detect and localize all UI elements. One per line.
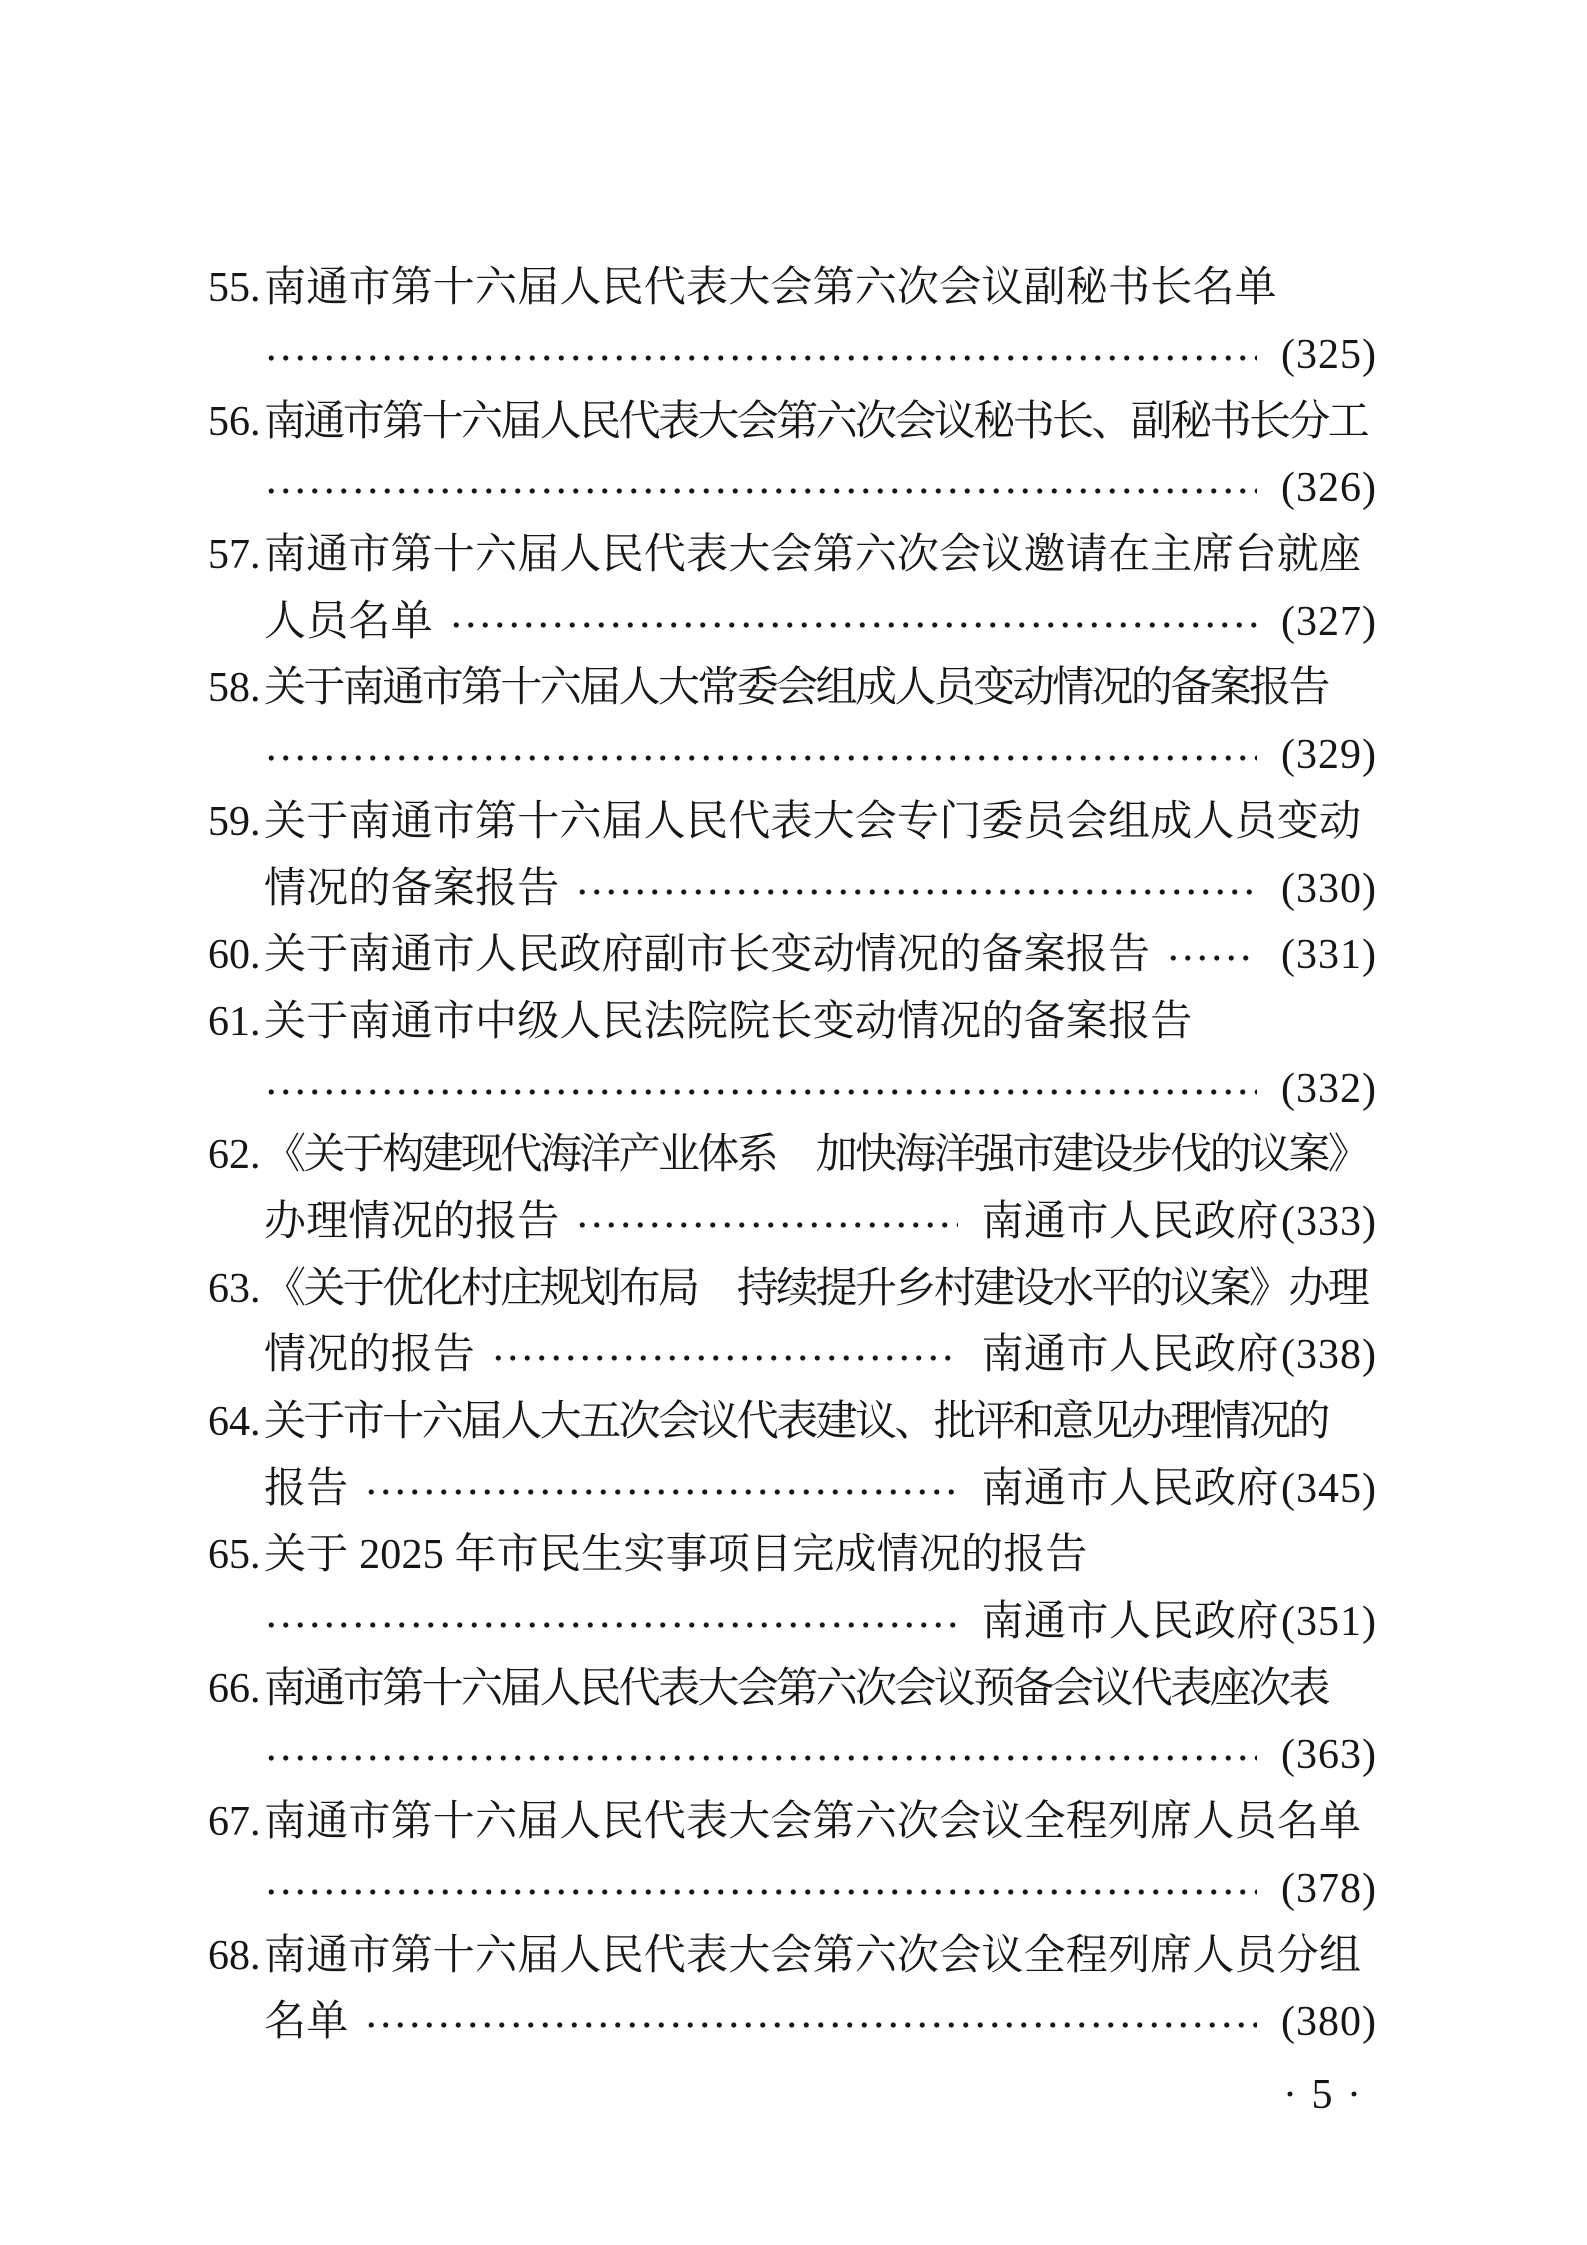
entry-page-number: (325) xyxy=(1281,334,1377,376)
entry-page-number: (378) xyxy=(1281,1868,1377,1910)
entry-title: 南通市第十六届人民代表大会第六次会议秘书长、副秘书长分工 xyxy=(264,401,1367,443)
entry-title: 人员名单 xyxy=(264,601,433,643)
toc-list: 55. 南通市第十六届人民代表大会第六次会议副秘书长名单 (325) 56. 南… xyxy=(208,255,1377,2056)
entry-number: 66. xyxy=(208,1668,264,1710)
toc-row: (325) xyxy=(208,322,1377,389)
entry-title: 南通市第十六届人民代表大会第六次会议副秘书长名单 xyxy=(264,267,1277,309)
toc-row: 68. 南通市第十六届人民代表大会第六次会议全程列席人员分组 xyxy=(208,1922,1377,1989)
entry-title: 南通市第十六届人民代表大会第六次会议邀请在主席台就座 xyxy=(264,534,1361,576)
entry-title: 情况的报告 xyxy=(264,1334,475,1376)
toc-row: 67. 南通市第十六届人民代表大会第六次会议全程列席人员名单 xyxy=(208,1789,1377,1856)
entry-title: 《关于优化村庄规划布局 持续提升乡村建设水平的议案》办理 xyxy=(264,1268,1367,1310)
dot-leader xyxy=(264,1620,958,1630)
entry-number: 65. xyxy=(208,1534,264,1576)
entry-number: 61. xyxy=(208,1001,264,1043)
entry-page-number: (327) xyxy=(1281,601,1377,643)
entry-title: 关于南通市中级人民法院院长变动情况的备案报告 xyxy=(264,1001,1192,1043)
dot-leader xyxy=(264,486,1257,496)
toc-row: 66. 南通市第十六届人民代表大会第六次会议预备会议代表座次表 xyxy=(208,1655,1377,1722)
toc-row: 报告 南通市人民政府 (345) xyxy=(208,1455,1377,1522)
toc-row: 人员名单 (327) xyxy=(208,588,1377,655)
entry-number: 60. xyxy=(208,934,264,976)
dot-leader xyxy=(264,1753,1257,1763)
entry-title: 报告 xyxy=(264,1468,348,1510)
page-number-label: · 5 · xyxy=(1283,2071,1363,2119)
toc-row: (332) xyxy=(208,1055,1377,1122)
dot-leader xyxy=(364,1487,957,1497)
dot-leader xyxy=(364,2020,1257,2030)
entry-page-number: (351) xyxy=(1281,1601,1377,1643)
entry-title: 南通市第十六届人民代表大会第六次会议全程列席人员名单 xyxy=(264,1801,1361,1843)
entry-organization: 南通市人民政府 xyxy=(982,1334,1280,1376)
entry-title: 南通市第十六届人民代表大会第六次会议预备会议代表座次表 xyxy=(264,1668,1328,1710)
entry-number: 62. xyxy=(208,1134,264,1176)
toc-row: 59. 关于南通市第十六届人民代表大会专门委员会组成人员变动 xyxy=(208,789,1377,856)
entry-page-number: (332) xyxy=(1281,1068,1377,1110)
entry-page-number: (380) xyxy=(1281,2001,1377,2043)
dot-leader xyxy=(449,620,1257,630)
entry-number: 57. xyxy=(208,534,264,576)
toc-row: 58. 关于南通市第十六届人大常委会组成人员变动情况的备案报告 xyxy=(208,655,1377,722)
entry-title: 关于 2025 年市民生实事项目完成情况的报告 xyxy=(264,1534,1088,1576)
entry-title: 办理情况的报告 xyxy=(264,1201,559,1243)
dot-leader xyxy=(264,1087,1257,1097)
entry-page-number: (326) xyxy=(1281,467,1377,509)
dot-leader xyxy=(1166,953,1257,963)
entry-number: 67. xyxy=(208,1801,264,1843)
entry-title: 关于南通市人民政府副市长变动情况的备案报告 xyxy=(264,934,1150,976)
document-page: 55. 南通市第十六届人民代表大会第六次会议副秘书长名单 (325) 56. 南… xyxy=(0,0,1587,2245)
toc-row: 61. 关于南通市中级人民法院院长变动情况的备案报告 xyxy=(208,989,1377,1056)
dot-leader xyxy=(575,1220,957,1230)
toc-row: 62. 《关于构建现代海洋产业体系 加快海洋强市建设步伐的议案》 xyxy=(208,1122,1377,1189)
dot-leader xyxy=(264,753,1257,763)
entry-title: 《关于构建现代海洋产业体系 加快海洋强市建设步伐的议案》 xyxy=(264,1134,1367,1176)
entry-organization: 南通市人民政府 xyxy=(982,1468,1280,1510)
entry-organization: 南通市人民政府 xyxy=(982,1201,1280,1243)
entry-title: 关于南通市第十六届人民代表大会专门委员会组成人员变动 xyxy=(264,801,1361,843)
entry-title: 名单 xyxy=(264,2001,348,2043)
toc-row: 情况的报告 南通市人民政府 (338) xyxy=(208,1322,1377,1389)
entry-number: 55. xyxy=(208,267,264,309)
entry-title: 情况的备案报告 xyxy=(264,868,559,910)
dot-leader xyxy=(264,1887,1257,1897)
toc-row: (326) xyxy=(208,455,1377,522)
entry-number: 63. xyxy=(208,1268,264,1310)
toc-row: (329) xyxy=(208,722,1377,789)
dot-leader xyxy=(264,353,1257,363)
toc-row: 60. 关于南通市人民政府副市长变动情况的备案报告 (331) xyxy=(208,922,1377,989)
entry-number: 64. xyxy=(208,1401,264,1443)
entry-page-number: (331) xyxy=(1281,934,1377,976)
entry-number: 56. xyxy=(208,401,264,443)
entry-number: 68. xyxy=(208,1935,264,1977)
dot-leader xyxy=(575,887,1257,897)
page-number-footer: · 5 · xyxy=(1283,2062,1363,2128)
toc-row: 63. 《关于优化村庄规划布局 持续提升乡村建设水平的议案》办理 xyxy=(208,1255,1377,1322)
entry-number: 58. xyxy=(208,667,264,709)
toc-row: 56. 南通市第十六届人民代表大会第六次会议秘书长、副秘书长分工 xyxy=(208,388,1377,455)
entry-page-number: (345) xyxy=(1281,1468,1377,1510)
entry-page-number: (330) xyxy=(1281,868,1377,910)
entry-title: 南通市第十六届人民代表大会第六次会议全程列席人员分组 xyxy=(264,1935,1361,1977)
toc-row: 情况的备案报告 (330) xyxy=(208,855,1377,922)
entry-organization: 南通市人民政府 xyxy=(982,1601,1280,1643)
dot-leader xyxy=(491,1353,957,1363)
toc-row: (378) xyxy=(208,1856,1377,1923)
toc-row: 55. 南通市第十六届人民代表大会第六次会议副秘书长名单 xyxy=(208,255,1377,322)
toc-row: (363) xyxy=(208,1722,1377,1789)
entry-title: 关于南通市第十六届人大常委会组成人员变动情况的备案报告 xyxy=(264,667,1328,709)
toc-row: 办理情况的报告 南通市人民政府 (333) xyxy=(208,1189,1377,1256)
entry-page-number: (333) xyxy=(1281,1201,1377,1243)
toc-row: 65. 关于 2025 年市民生实事项目完成情况的报告 xyxy=(208,1522,1377,1589)
toc-row: 57. 南通市第十六届人民代表大会第六次会议邀请在主席台就座 xyxy=(208,522,1377,589)
toc-row: 南通市人民政府 (351) xyxy=(208,1589,1377,1656)
entry-number: 59. xyxy=(208,801,264,843)
entry-page-number: (329) xyxy=(1281,734,1377,776)
entry-page-number: (338) xyxy=(1281,1334,1377,1376)
entry-title: 关于市十六届人大五次会议代表建议、批评和意见办理情况的 xyxy=(264,1401,1328,1443)
toc-row: 名单 (380) xyxy=(208,1989,1377,2056)
entry-page-number: (363) xyxy=(1281,1734,1377,1776)
toc-row: 64. 关于市十六届人大五次会议代表建议、批评和意见办理情况的 xyxy=(208,1389,1377,1456)
